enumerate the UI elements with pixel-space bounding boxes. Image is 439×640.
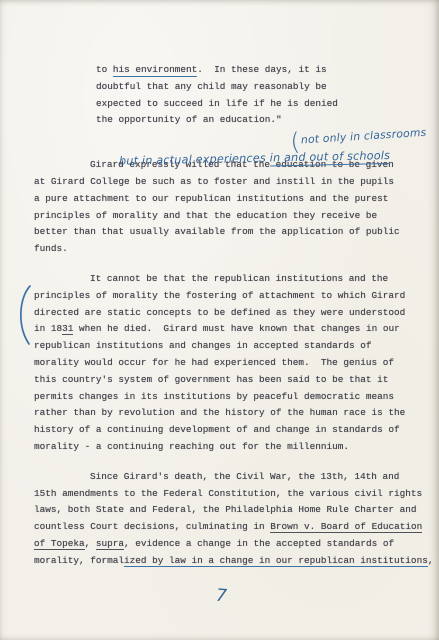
handwritten-note-underlined-text: in and out of schools — [270, 149, 391, 167]
text-segment: expected to succeed in life if he is den… — [96, 98, 338, 109]
text-line: of Topeka, supra, evidence a change in t… — [34, 536, 429, 553]
text-segment: principles of morality and that the educ… — [34, 210, 377, 221]
text-segment: , evidence a change in the accepted stan… — [124, 538, 394, 549]
text-line: republican institutions and changes in a… — [34, 338, 429, 355]
text-line: principles of morality and that the educ… — [34, 208, 429, 225]
underlined-text: ized by law in a change in our republica… — [124, 555, 428, 568]
text-segment: history of a continuing development of a… — [34, 424, 400, 435]
underlined-text: 31 — [62, 323, 73, 335]
text-segment: doubtful that any child may reasonably b… — [96, 81, 327, 92]
underlined-text: of Topeka — [34, 538, 85, 550]
text-line: It cannot be that the republican institu… — [34, 271, 429, 288]
text-line: morality - a continuing reaching out for… — [34, 439, 429, 456]
text-line: Since Girard's death, the Civil War, the… — [34, 469, 429, 486]
text-segment: . In these days, it is — [197, 64, 326, 75]
text-segment: , — [85, 538, 96, 549]
text-line: rather than by revolution and the histor… — [34, 405, 429, 422]
text-line: history of a continuing development of a… — [34, 422, 429, 439]
text-segment: Since Girard's death, the Civil War, the… — [90, 471, 399, 482]
text-segment: directed are static concepts to be defin… — [34, 307, 405, 318]
document-page: to his environment. In these days, it is… — [0, 0, 439, 640]
paragraph: It cannot be that the republican institu… — [34, 271, 429, 456]
text-line: better than that usually available from … — [34, 224, 429, 241]
text-line: this country's system of government has … — [34, 372, 429, 389]
text-line: countless Court decisions, culminating i… — [34, 519, 429, 536]
text-line: morality would occur for he had experien… — [34, 355, 429, 372]
text-line: principles of morality the fostering of … — [34, 288, 429, 305]
text-segment: rather than by revolution and the histor… — [34, 407, 405, 418]
text-segment: morality, formal — [34, 555, 124, 566]
margin-parenthesis-annotation — [15, 284, 33, 346]
page-number-annotation: 7 — [215, 586, 227, 607]
text-segment: the opportunity of an education." — [96, 114, 282, 125]
text-segment: permits changes in its institutions by p… — [34, 391, 394, 402]
text-line: directed are static concepts to be defin… — [34, 305, 429, 322]
text-segment: morality would occur for he had experien… — [34, 357, 394, 368]
handwritten-note-line2: but in actual experiences in and out of … — [104, 136, 391, 181]
text-segment: It cannot be that the republican institu… — [90, 273, 388, 284]
text-line: a pure attachment to our republican inst… — [34, 191, 429, 208]
text-line: doubtful that any child may reasonably b… — [96, 79, 429, 96]
underlined-text: supra — [96, 538, 124, 550]
text-line: in 1831 when he died. Girard must have k… — [34, 321, 429, 338]
text-segment: when he died. Girard must have known tha… — [73, 323, 399, 334]
text-segment: in 18 — [34, 323, 62, 334]
underlined-text: his environment — [113, 64, 197, 77]
text-segment: 15th amendments to the Federal Constitut… — [34, 488, 422, 499]
text-line: funds. — [34, 241, 429, 258]
text-segment: , — [428, 555, 434, 566]
text-segment: principles of morality the fostering of … — [34, 290, 405, 301]
text-segment: laws, both State and Federal, the Philad… — [34, 504, 417, 515]
text-line: permits changes in its institutions by p… — [34, 389, 429, 406]
underlined-text: Brown v. Board of Education — [270, 521, 422, 533]
text-segment: better than that usually available from … — [34, 226, 400, 237]
text-segment: countless Court decisions, culminating i… — [34, 521, 270, 532]
text-segment: funds. — [34, 243, 68, 254]
handwritten-note-text: but in actual experiences — [119, 152, 270, 168]
text-segment: morality - a continuing reaching out for… — [34, 441, 349, 452]
text-line: morality, formalized by law in a change … — [34, 553, 429, 570]
text-segment: to — [96, 64, 113, 75]
text-segment: this country's system of government has … — [34, 374, 388, 385]
text-line: laws, both State and Federal, the Philad… — [34, 502, 429, 519]
text-segment: a pure attachment to our republican inst… — [34, 193, 388, 204]
text-line: to his environment. In these days, it is — [96, 62, 429, 79]
text-segment: republican institutions and changes in a… — [34, 340, 372, 351]
paragraph: Since Girard's death, the Civil War, the… — [34, 469, 429, 570]
text-line: 15th amendments to the Federal Constitut… — [34, 486, 429, 503]
